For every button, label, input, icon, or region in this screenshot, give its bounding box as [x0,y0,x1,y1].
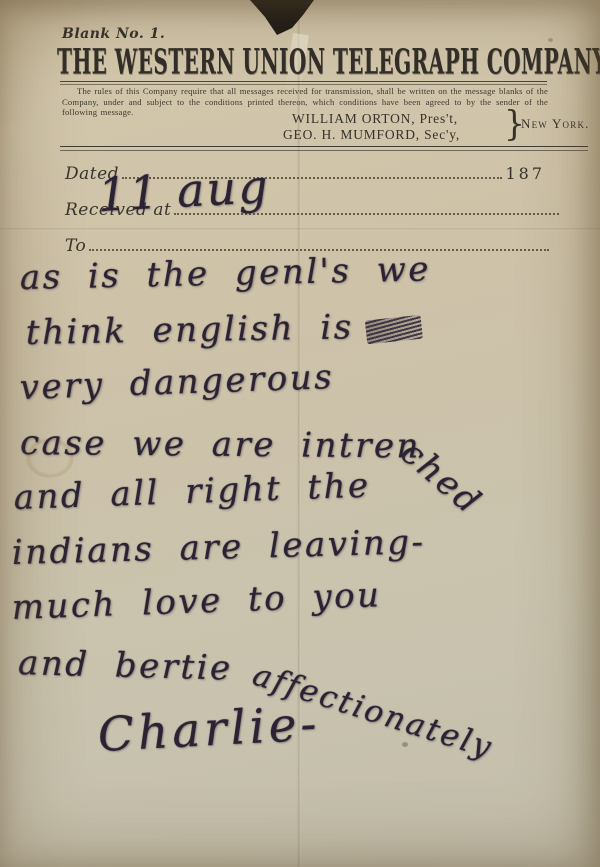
city-label: New York. [521,116,590,132]
to-label: To [65,236,86,256]
year-prefix: 187 [505,164,545,183]
secretary-line: GEO. H. MUMFORD, Sec'y, [283,127,460,143]
torn-corner-mark [0,0,600,40]
crossed-out-word [365,315,423,345]
officers-block: WILLIAM ORTON, Pres't, GEO. H. MUMFORD, … [292,111,460,143]
telegram-form: Blank No. 1. THE WESTERN UNION TELEGRAPH… [0,0,600,867]
message-line: as is the genl's we [19,246,600,313]
handwritten-message: as is the genl's we think english is ver… [12,258,600,763]
company-title-text: THE WESTERN UNION TELEGRAPH COMPANY. [57,42,600,83]
president-line: WILLIAM ORTON, Pres't, [292,111,460,127]
company-title: THE WESTERN UNION TELEGRAPH COMPANY. [57,42,600,69]
received-at-handwritten-value: 11 aug [97,159,271,222]
header-double-rule [60,146,588,151]
